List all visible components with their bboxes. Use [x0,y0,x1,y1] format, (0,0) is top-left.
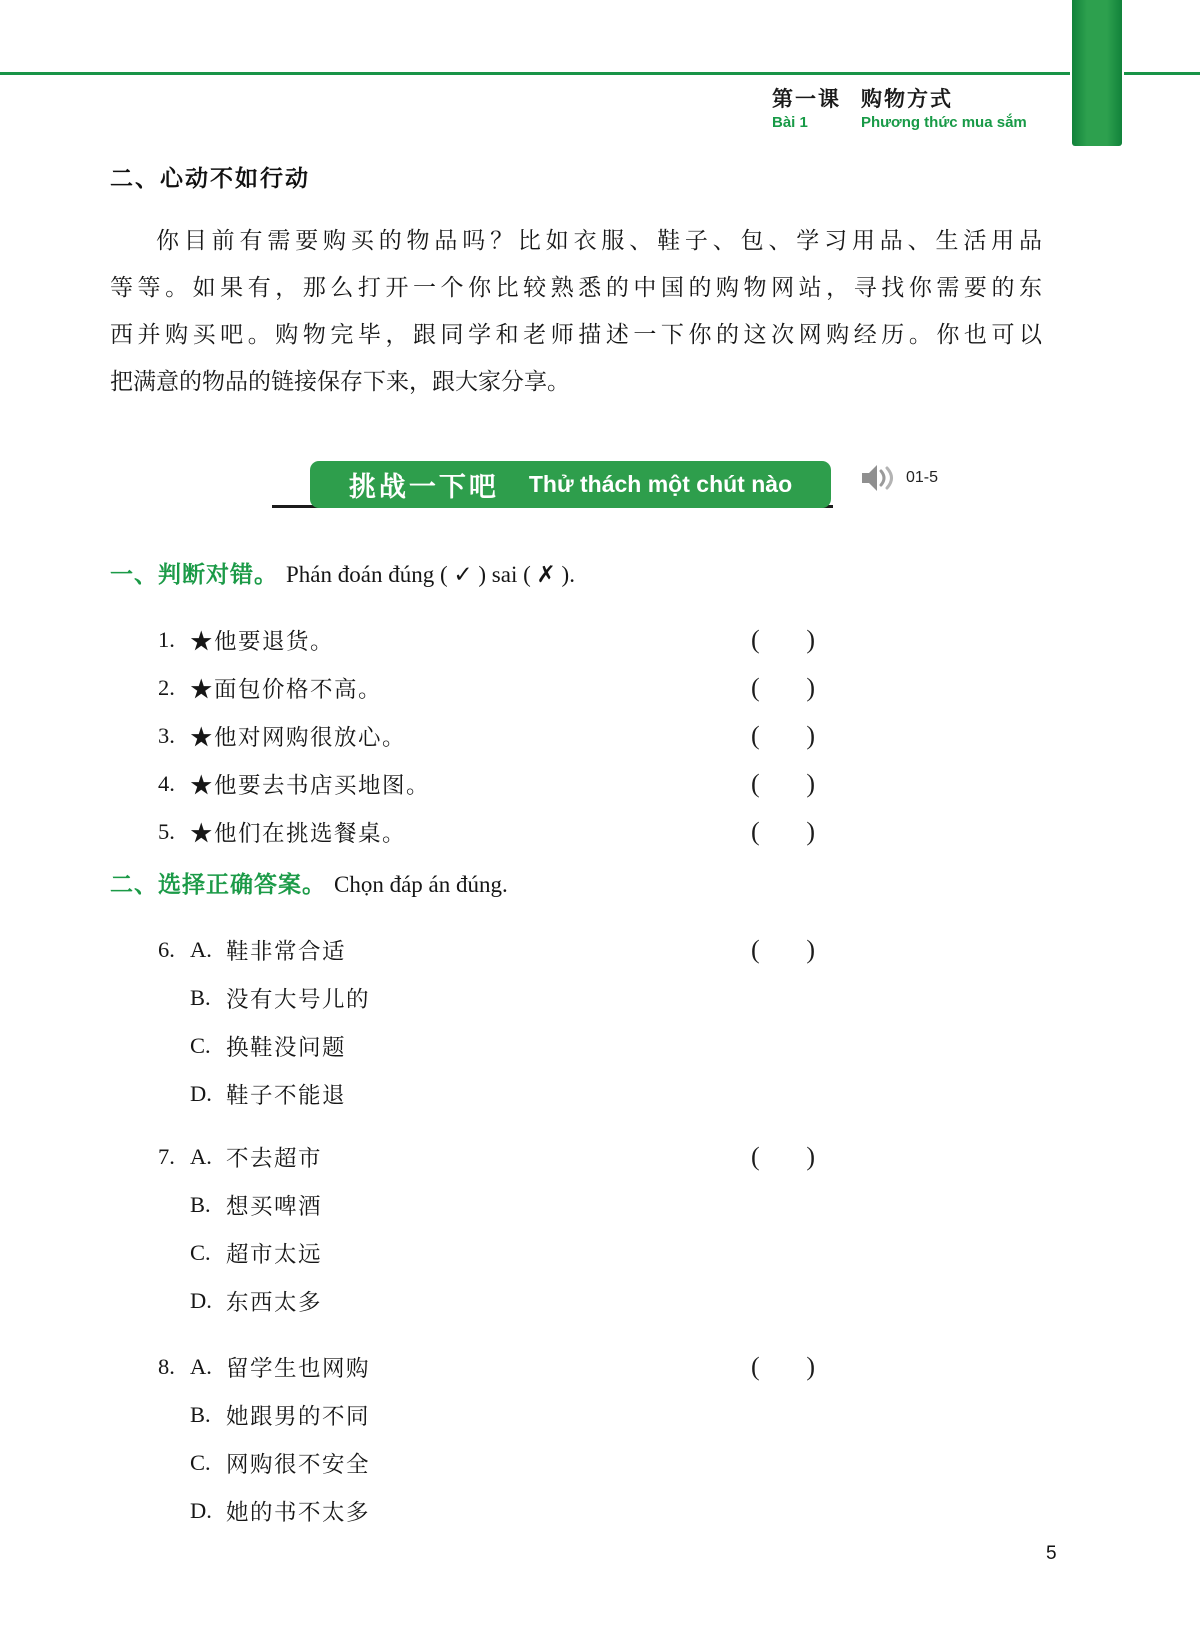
option-label: B. [190,1402,226,1428]
option-label: A. [190,937,226,963]
item-number: 5. [158,819,190,845]
option-text: 她的书不太多 [226,1495,815,1527]
option-row: C. 超市太远 [158,1229,815,1277]
paren-close: ) [806,673,815,703]
textbook-page: 第一课 Bài 1 购物方式 Phương thức mua sắm 二、心动不… [0,0,1200,1640]
item-text: ★他要退货。 [190,624,751,656]
item-number: 1. [158,627,190,653]
option-row: C. 网购很不安全 [158,1439,815,1487]
challenge-title-zh: 挑战一下吧 [349,465,499,504]
option-text: 她跟男的不同 [226,1399,815,1431]
paragraph-line: 西并购买吧。购物完毕，跟同学和老师描述一下你的这次网购经历。你也可以 [110,311,1042,358]
page-number: 5 [1046,1543,1057,1565]
answer-blank: () [751,1352,815,1382]
answer-blank: () [751,625,815,655]
paren-close: ) [806,625,815,655]
item-text: ★面包价格不高。 [190,672,751,704]
answer-blank: () [751,817,815,847]
item-number: 4. [158,771,190,797]
item-text: ★他要去书店买地图。 [190,768,751,800]
activity-heading: 二、心动不如行动 [110,160,310,193]
option-text: 没有大号儿的 [226,982,815,1014]
option-text: 留学生也网购 [226,1351,751,1383]
option-row: 6. A. 鞋非常合适 () [158,926,815,974]
chapter-tab [1070,0,1124,148]
paren-open: ( [751,1142,760,1172]
item-text: ★他对网购很放心。 [190,720,751,752]
speaker-icon [861,464,897,492]
option-row: D. 她的书不太多 [158,1487,815,1535]
challenge-title-vi: Thử thách một chút nào [529,471,792,498]
lesson-title-column: 购物方式 Phương thức mua sắm [861,86,1027,133]
exercise2-heading: 二、选择正确答案。Chọn đáp án đúng. [110,866,508,899]
exercise2-heading-vi: Chọn đáp án đúng. [334,872,508,897]
question-number: 6. [158,937,190,963]
exercise1-heading-zh: 一、判断对错。 [110,561,278,587]
option-text: 超市太远 [226,1237,815,1269]
item-text: ★他们在挑选餐桌。 [190,816,751,848]
paren-close: ) [806,935,815,965]
paren-open: ( [751,817,760,847]
paren-open: ( [751,625,760,655]
paren-close: ) [806,769,815,799]
option-label: D. [190,1498,226,1524]
lesson-title-vi: Phương thức mua sắm [861,113,1027,133]
option-row: 7. A. 不去超市 () [158,1133,815,1181]
option-text: 换鞋没问题 [226,1030,815,1062]
lesson-number-vi: Bài 1 [772,113,841,133]
option-text: 想买啤酒 [226,1189,815,1221]
answer-blank: () [751,673,815,703]
paragraph-line: 等等。如果有，那么打开一个你比较熟悉的中国的购物网站，寻找你需要的东 [110,264,1042,311]
exercise2-heading-zh: 二、选择正确答案。 [110,871,326,897]
list-item: 4. ★他要去书店买地图。 () [158,760,815,808]
activity-paragraph: 你目前有需要购买的物品吗？比如衣服、鞋子、包、学习用品、生活用品 等等。如果有，… [110,217,1042,405]
true-false-list: 1. ★他要退货。 () 2. ★面包价格不高。 () 3. ★他对网购很放心。… [158,616,815,856]
option-row: D. 鞋子不能退 [158,1070,815,1118]
top-rule [0,72,1200,75]
paren-open: ( [751,1352,760,1382]
option-row: 8. A. 留学生也网购 () [158,1343,815,1391]
paren-open: ( [751,721,760,751]
option-text: 鞋子不能退 [226,1078,815,1110]
audio-track-label: 01-5 [906,469,938,487]
lesson-number-column: 第一课 Bài 1 [772,86,841,133]
question-number: 7. [158,1144,190,1170]
option-label: A. [190,1354,226,1380]
lesson-title-zh: 购物方式 [861,86,1027,113]
answer-blank: () [751,935,815,965]
option-label: C. [190,1240,226,1266]
question-8: 8. A. 留学生也网购 () B. 她跟男的不同 C. 网购很不安全 D. 她… [158,1343,815,1535]
challenge-banner: 挑战一下吧 Thử thách một chút nào [310,461,831,508]
item-number: 2. [158,675,190,701]
exercise1-heading: 一、判断对错。Phán đoán đúng ( ✓ ) sai ( ✗ ). [110,556,575,589]
option-text: 鞋非常合适 [226,934,751,966]
option-label: C. [190,1450,226,1476]
list-item: 3. ★他对网购很放心。 () [158,712,815,760]
audio-indicator: 01-5 [861,464,938,492]
answer-blank: () [751,769,815,799]
paren-close: ) [806,817,815,847]
paragraph-line: 你目前有需要购买的物品吗？比如衣服、鞋子、包、学习用品、生活用品 [110,217,1042,264]
question-7: 7. A. 不去超市 () B. 想买啤酒 C. 超市太远 D. 东西太多 [158,1133,815,1325]
lesson-number-zh: 第一课 [772,86,841,113]
paren-open: ( [751,673,760,703]
option-label: C. [190,1033,226,1059]
paren-open: ( [751,935,760,965]
option-label: B. [190,985,226,1011]
question-number: 8. [158,1354,190,1380]
option-text: 不去超市 [226,1141,751,1173]
option-row: C. 换鞋没问题 [158,1022,815,1070]
option-text: 东西太多 [226,1285,815,1317]
list-item: 1. ★他要退货。 () [158,616,815,664]
option-text: 网购很不安全 [226,1447,815,1479]
answer-blank: () [751,1142,815,1172]
lesson-header: 第一课 Bài 1 购物方式 Phương thức mua sắm [772,86,1027,133]
paren-close: ) [806,1142,815,1172]
option-label: D. [190,1288,226,1314]
exercise1-heading-vi: Phán đoán đúng ( ✓ ) sai ( ✗ ). [286,562,575,587]
paragraph-line: 把满意的物品的链接保存下来，跟大家分享。 [110,358,1042,405]
answer-blank: () [751,721,815,751]
question-6: 6. A. 鞋非常合适 () B. 没有大号儿的 C. 换鞋没问题 D. 鞋子不… [158,926,815,1118]
paren-close: ) [806,1352,815,1382]
option-row: B. 她跟男的不同 [158,1391,815,1439]
option-row: D. 东西太多 [158,1277,815,1325]
item-number: 3. [158,723,190,749]
option-label: B. [190,1192,226,1218]
paren-open: ( [751,769,760,799]
option-label: A. [190,1144,226,1170]
option-label: D. [190,1081,226,1107]
option-row: B. 想买啤酒 [158,1181,815,1229]
list-item: 2. ★面包价格不高。 () [158,664,815,712]
paren-close: ) [806,721,815,751]
list-item: 5. ★他们在挑选餐桌。 () [158,808,815,856]
option-row: B. 没有大号儿的 [158,974,815,1022]
